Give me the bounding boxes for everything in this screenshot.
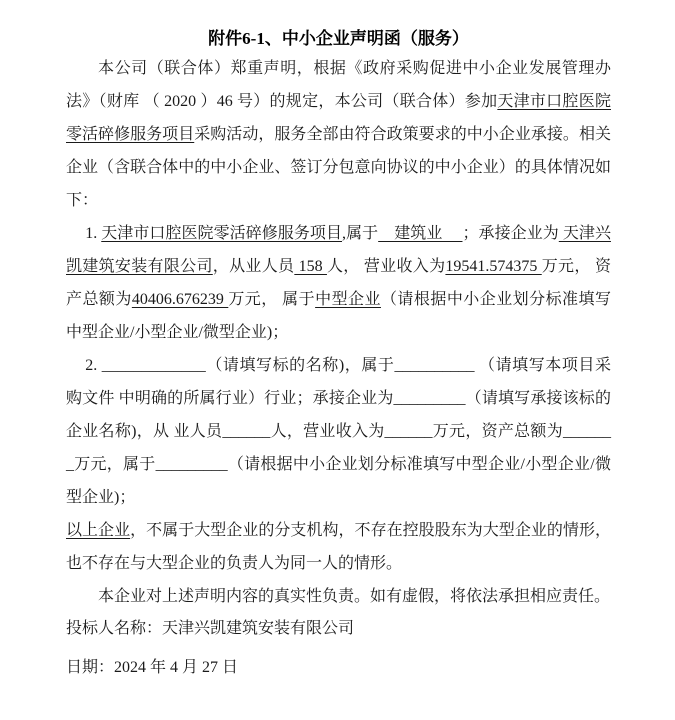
paragraph-no-large-enterprise: 以上企业，不属于大型企业的分支机构，不存在控股股东为大型企业的情形，也不存在与大… xyxy=(66,514,611,580)
underlined-value: 天津市口腔医院零活碎修服务项目 xyxy=(101,225,342,242)
document-page: 附件6-1、中小企业声明函（服务） 本公司（联合体）郑重声明，根据《政府采购促进… xyxy=(0,0,675,685)
underlined-value: 以上企业 xyxy=(66,522,130,539)
paragraph-item-1: 1. 天津市口腔医院零活碎修服务项目,属于 建筑业 ；承接企业为 天津兴凯建筑安… xyxy=(66,217,611,349)
underlined-value: 40406.676239 xyxy=(132,291,228,308)
text-run: （请填写标的名称)，属于 xyxy=(206,357,395,374)
underlined-value: 中型企业 xyxy=(315,291,381,308)
paragraph-item-2: 2. _____________（请填写标的名称)，属于__________ （… xyxy=(66,349,611,514)
blank-field: _________ xyxy=(156,456,228,473)
text-run: ,属于 xyxy=(342,225,378,242)
text-run: 2. xyxy=(85,357,102,374)
text-run: 人，营业收入为 xyxy=(270,423,384,440)
doc-title: 附件6-1、中小企业声明函（服务） xyxy=(66,26,611,52)
bidder-name-label: 投标人名称： xyxy=(66,620,162,637)
paragraph-intro: 本公司（联合体）郑重声明，根据《政府采购促进中小企业发展管理办法》（财库 （ 2… xyxy=(66,52,611,217)
text-run: ，不属于大型企业的分支机构，不存在控股股东为大型企业的情形，也不存在与大型企业的… xyxy=(66,522,611,572)
text-run: 万元，属于 xyxy=(74,456,156,473)
blank-field: ______ xyxy=(385,423,433,440)
blank-field: _________ xyxy=(393,390,465,407)
bidder-name-line: 投标人名称：天津兴凯建筑安装有限公司 xyxy=(66,613,611,644)
text-run: 人， 营业收入为 xyxy=(327,258,445,275)
date-value: 2024 年 4 月 27 日 xyxy=(114,659,238,676)
text-run: 万元， 属于 xyxy=(228,291,315,308)
text-run: ，从业人员 xyxy=(213,258,295,275)
date-line: 日期：2024 年 4 月 27 日 xyxy=(66,651,611,685)
text-run: 1. xyxy=(85,225,101,242)
blank-field: __________ xyxy=(394,357,474,374)
underlined-value: 建筑业 xyxy=(378,225,462,242)
underlined-value: 158 xyxy=(294,258,327,275)
underlined-value: 19541.574375 xyxy=(445,258,541,275)
blank-field: ______ xyxy=(222,423,270,440)
date-label: 日期： xyxy=(66,659,114,676)
blank-field: _____________ xyxy=(102,357,206,374)
bidder-name-value: 天津兴凯建筑安装有限公司 xyxy=(162,620,354,637)
paragraph-responsibility: 本企业对上述声明内容的真实性负责。如有虚假，将依法承担相应责任。 xyxy=(66,580,611,613)
text-run: ；承接企业为 xyxy=(462,225,558,242)
text-run: 万元，资产总额为 xyxy=(433,423,563,440)
